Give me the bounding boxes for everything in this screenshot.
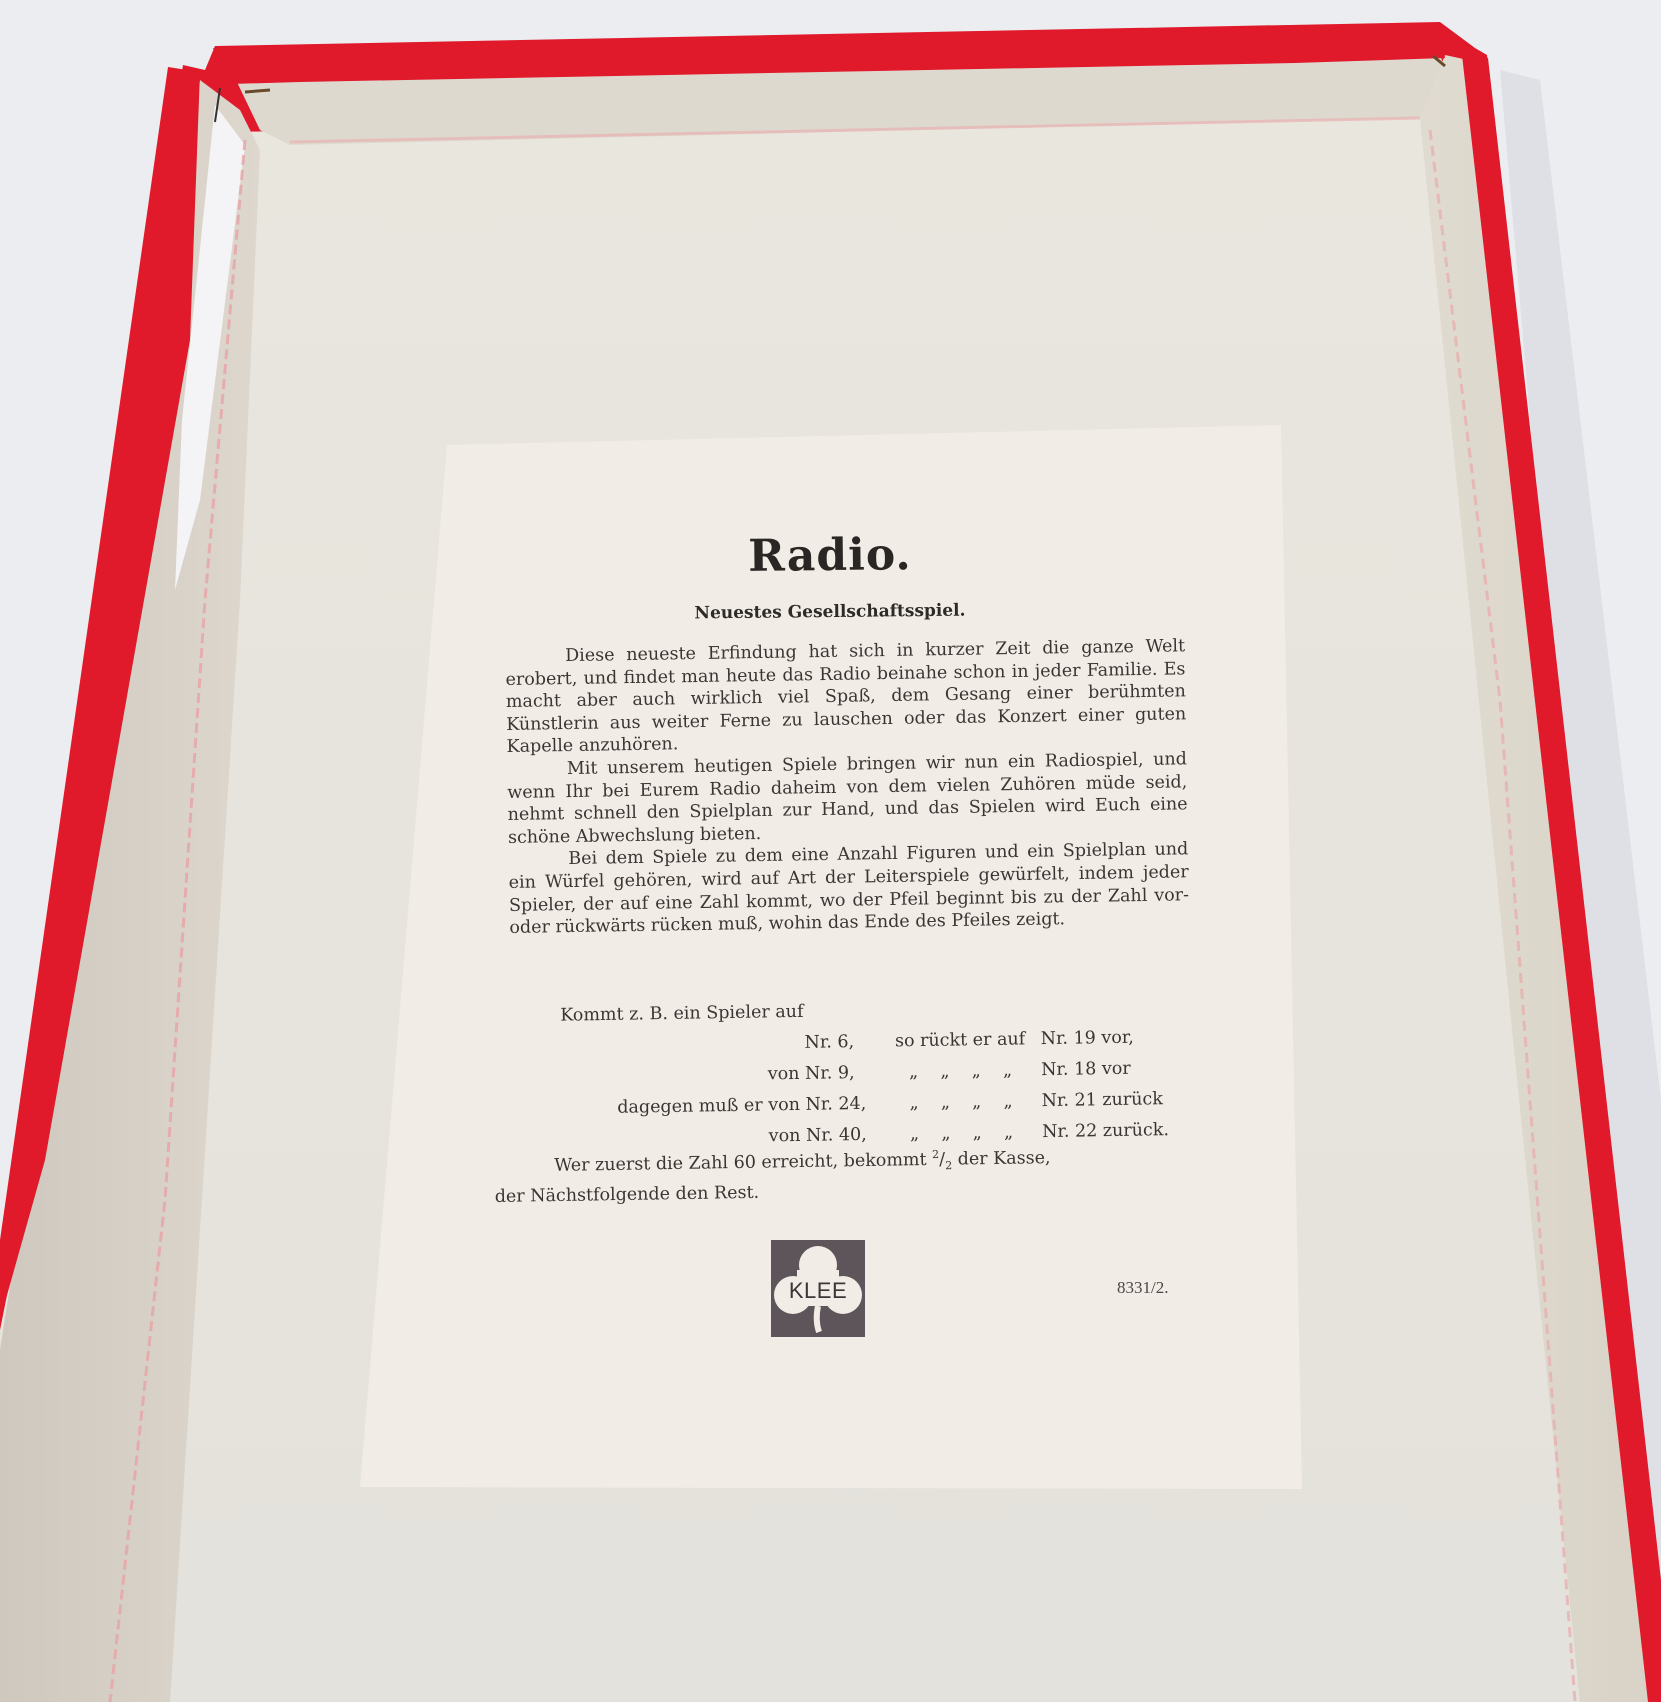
logo-text: KLEE xyxy=(771,1278,865,1304)
klee-logo: KLEE xyxy=(771,1240,865,1337)
catalog-number: 8331/2. xyxy=(1117,1278,1168,1298)
example-to: Nr. 21 zurück xyxy=(1041,1088,1181,1110)
example-to: Nr. 22 zurück. xyxy=(1042,1119,1182,1141)
closing-text-a: Wer zuerst die Zahl 60 erreicht, bekommt xyxy=(554,1150,927,1176)
closing-text-b: der Kasse, xyxy=(958,1148,1051,1169)
example-prefix: von xyxy=(769,1125,801,1145)
rules-paragraph: Diese neueste Erfindung hat sich in kurz… xyxy=(505,635,1187,759)
fraction-denominator: 2 xyxy=(945,1159,952,1172)
example-middle: „ „ „ „ xyxy=(886,1091,1036,1113)
example-to: Nr. 18 vor xyxy=(1041,1057,1181,1079)
rules-paragraph: Bei dem Spiele zu dem eine Anzahl Figure… xyxy=(508,839,1189,940)
example-from: Nr. 6, xyxy=(804,1031,879,1052)
closing-text: Wer zuerst die Zahl 60 erreicht, bekommt… xyxy=(494,1139,1185,1209)
rules-paragraph: Mit unserem heutigen Spiele bringen wir … xyxy=(507,748,1188,849)
rules-body: Diese neueste Erfindung hat sich in kurz… xyxy=(505,635,1190,939)
example-middle: „ „ „ „ xyxy=(885,1060,1035,1082)
example-to: Nr. 19 vor, xyxy=(1041,1026,1181,1048)
example-from: Nr. 40, xyxy=(806,1124,881,1145)
example-from: Nr. 24, xyxy=(805,1093,880,1114)
example-from: Nr. 9, xyxy=(805,1062,880,1083)
example-middle: „ „ „ „ xyxy=(886,1122,1036,1144)
fraction-numerator: 2 xyxy=(932,1148,939,1161)
example-middle: so rückt er auf xyxy=(885,1029,1035,1051)
example-prefix: dagegen muß er von xyxy=(617,1094,800,1117)
example-intro: Kommt z. B. ein Spieler auf xyxy=(560,1001,804,1025)
example-prefix: von xyxy=(768,1063,800,1083)
examples-table: Kommt z. B. ein Spieler auf Nr. 6, so rü… xyxy=(540,990,1182,1155)
sheet-title: Radio. xyxy=(600,528,1061,584)
